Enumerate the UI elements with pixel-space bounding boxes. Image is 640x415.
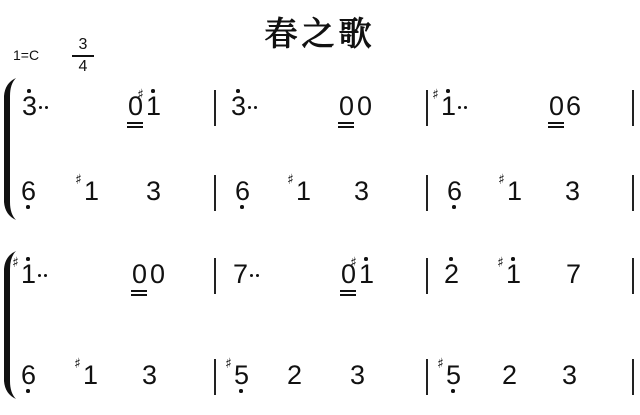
- rest-underline: [340, 290, 356, 292]
- note: 0: [150, 261, 165, 283]
- note-digit: 0: [357, 93, 372, 120]
- time-signature: 3 4: [71, 37, 95, 75]
- octave-dot-low: [26, 205, 30, 209]
- note: 2: [444, 261, 459, 283]
- note-digit: 1: [21, 261, 36, 288]
- note-digit: 0: [339, 93, 354, 120]
- sharp-accidental: ♯: [287, 173, 294, 187]
- note: 3: [350, 362, 365, 384]
- duration-dot: [464, 106, 467, 109]
- note-digit: 1: [146, 93, 161, 120]
- barline: [214, 90, 216, 126]
- barline: [426, 90, 428, 126]
- note-digit: 2: [502, 362, 517, 389]
- time-signature-denominator: 4: [71, 59, 95, 75]
- time-signature-bar: [72, 55, 94, 57]
- octave-dot-high: [511, 257, 515, 261]
- barline: [426, 359, 428, 395]
- note: 6: [447, 178, 462, 200]
- sharp-accidental: ♯: [137, 88, 144, 102]
- note: 0: [357, 93, 372, 115]
- duration-dot: [45, 106, 48, 109]
- sharp-accidental: ♯: [74, 357, 81, 371]
- note: 0: [339, 93, 354, 115]
- barline: [632, 90, 634, 126]
- octave-dot-low: [240, 205, 244, 209]
- note-digit: 1: [507, 178, 522, 205]
- note-digit: 3: [22, 93, 37, 120]
- system-bracket: [1, 78, 19, 220]
- note-digit: 6: [21, 178, 36, 205]
- note-digit: 3: [231, 93, 246, 120]
- barline: [632, 175, 634, 211]
- page-title: 春之歌: [0, 8, 640, 55]
- octave-dot-low: [239, 389, 243, 393]
- note-digit: 3: [354, 178, 369, 205]
- octave-dot-high: [446, 89, 450, 93]
- sharp-accidental: ♯: [432, 88, 439, 102]
- octave-dot-low: [452, 205, 456, 209]
- barline: [214, 175, 216, 211]
- note: 3: [562, 362, 577, 384]
- note-digit: 2: [444, 261, 459, 288]
- note: 6: [235, 178, 250, 200]
- barline: [426, 258, 428, 294]
- key-signature-label: 1=C: [13, 47, 39, 63]
- note-digit: 3: [565, 178, 580, 205]
- note-digit: 0: [549, 93, 564, 120]
- sharp-accidental: ♯: [12, 256, 19, 270]
- octave-dot-high: [26, 257, 30, 261]
- note-digit: 6: [566, 93, 581, 120]
- note: 3: [231, 93, 246, 115]
- note-digit: 1: [506, 261, 521, 288]
- octave-dot-high: [449, 257, 453, 261]
- note-digit: 2: [287, 362, 302, 389]
- note: ♯1: [21, 261, 36, 283]
- system-bracket: [1, 251, 19, 399]
- note-digit: 3: [142, 362, 157, 389]
- note-digit: 1: [84, 178, 99, 205]
- note: 6: [21, 178, 36, 200]
- sharp-accidental: ♯: [497, 256, 504, 270]
- barline: [214, 359, 216, 395]
- rest-underline: [131, 294, 147, 296]
- barline: [632, 258, 634, 294]
- note-digit: 6: [447, 178, 462, 205]
- note: 2: [502, 362, 517, 384]
- note: ♯5: [234, 362, 249, 384]
- note: 3: [565, 178, 580, 200]
- note: 6: [566, 93, 581, 115]
- note: 7: [566, 261, 581, 283]
- note: ♯1: [83, 362, 98, 384]
- note: 3: [146, 178, 161, 200]
- barline: [426, 175, 428, 211]
- note: 6: [21, 362, 36, 384]
- time-signature-numerator: 3: [71, 37, 95, 53]
- octave-dot-low: [26, 389, 30, 393]
- note-digit: 0: [150, 261, 165, 288]
- rest-underline: [340, 294, 356, 296]
- rest-underline: [127, 126, 143, 128]
- note: 3: [142, 362, 157, 384]
- sharp-accidental: ♯: [75, 173, 82, 187]
- octave-dot-high: [364, 257, 368, 261]
- octave-dot-low: [451, 389, 455, 393]
- duration-dot: [256, 274, 259, 277]
- note: ♯1: [84, 178, 99, 200]
- note: 0: [549, 93, 564, 115]
- sharp-accidental: ♯: [225, 357, 232, 371]
- note-digit: 1: [83, 362, 98, 389]
- note-digit: 1: [296, 178, 311, 205]
- note: ♯1: [506, 261, 521, 283]
- rest-underline: [131, 290, 147, 292]
- octave-dot-high: [236, 89, 240, 93]
- sharp-accidental: ♯: [437, 357, 444, 371]
- note-digit: 0: [132, 261, 147, 288]
- sheet-music-page: 春之歌 1=C 3 4 30♯1300♯1066♯136♯136♯13♯1007…: [0, 0, 640, 415]
- note-digit: 5: [446, 362, 461, 389]
- note-digit: 3: [562, 362, 577, 389]
- note-digit: 3: [350, 362, 365, 389]
- duration-dot: [458, 106, 461, 109]
- duration-dot: [44, 274, 47, 277]
- note: 7: [233, 261, 248, 283]
- note: 3: [354, 178, 369, 200]
- note: ♯1: [359, 261, 374, 283]
- note-digit: 1: [441, 93, 456, 120]
- note: ♯1: [507, 178, 522, 200]
- rest-underline: [548, 126, 564, 128]
- note-digit: 5: [234, 362, 249, 389]
- note: ♯5: [446, 362, 461, 384]
- rest-underline: [548, 122, 564, 124]
- sharp-accidental: ♯: [498, 173, 505, 187]
- octave-dot-high: [151, 89, 155, 93]
- duration-dot: [248, 106, 251, 109]
- note: 3: [22, 93, 37, 115]
- note: ♯1: [296, 178, 311, 200]
- note: ♯1: [441, 93, 456, 115]
- rest-underline: [338, 122, 354, 124]
- note: 2: [287, 362, 302, 384]
- duration-dot: [38, 274, 41, 277]
- barline: [632, 359, 634, 395]
- note-digit: 7: [566, 261, 581, 288]
- octave-dot-high: [27, 89, 31, 93]
- duration-dot: [250, 274, 253, 277]
- note-digit: 3: [146, 178, 161, 205]
- note-digit: 7: [233, 261, 248, 288]
- note: 0: [132, 261, 147, 283]
- note-digit: 6: [235, 178, 250, 205]
- sharp-accidental: ♯: [350, 256, 357, 270]
- rest-underline: [338, 126, 354, 128]
- rest-underline: [127, 122, 143, 124]
- note-digit: 1: [359, 261, 374, 288]
- note-digit: 6: [21, 362, 36, 389]
- duration-dot: [39, 106, 42, 109]
- note: ♯1: [146, 93, 161, 115]
- duration-dot: [254, 106, 257, 109]
- barline: [214, 258, 216, 294]
